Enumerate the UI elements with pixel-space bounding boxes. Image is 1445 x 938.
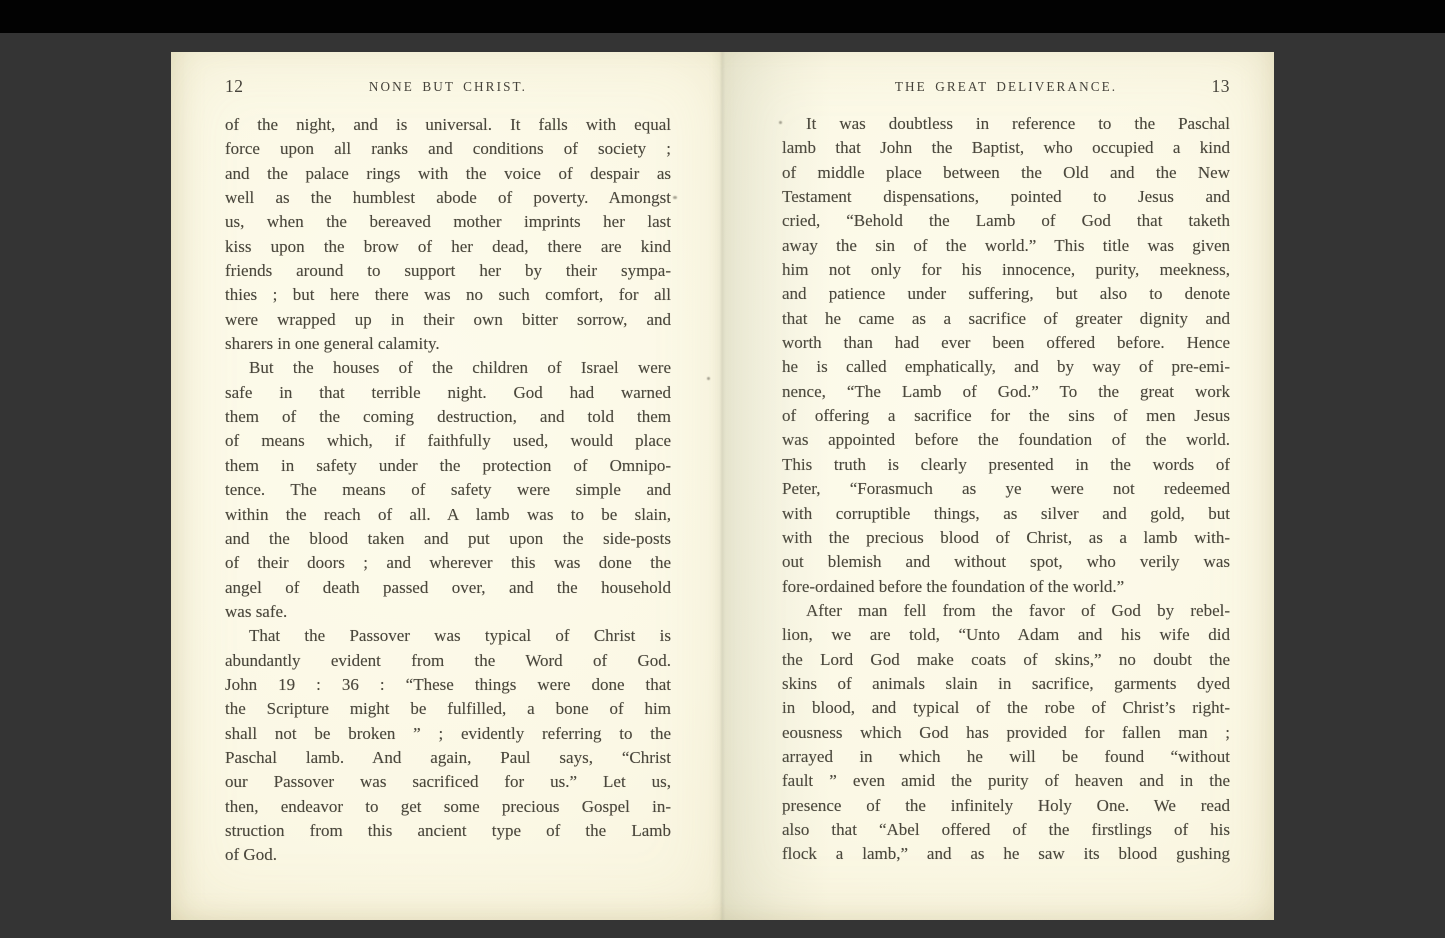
text-line: with corruptible things, as silver and g…	[782, 502, 1230, 526]
text-line: eousness which God has provided for fall…	[782, 721, 1230, 745]
text-line: he is called emphatically, and by way of…	[782, 355, 1230, 379]
text-line: arrayed in which he will be found “witho…	[782, 745, 1230, 769]
text-line: struction from this ancient type of the …	[225, 819, 671, 843]
book-spread: 12 NONE BUT CHRIST. of the night, and is…	[171, 52, 1274, 920]
text-line: presence of the infinitely Holy One. We …	[782, 794, 1230, 818]
text-line: After man fell from the favor of God by …	[782, 599, 1230, 623]
text-line: cried, “Behold the Lamb of God that take…	[782, 209, 1230, 233]
text-line: was appointed before the foundation of t…	[782, 428, 1230, 452]
text-line: of God.	[225, 843, 671, 867]
text-line: then, endeavor to get some precious Gosp…	[225, 795, 671, 819]
text-line: them of the coming destruction, and told…	[225, 405, 671, 429]
text-line: skins of animals slain in sacrifice, gar…	[782, 672, 1230, 696]
text-line: us, when the bereaved mother imprints he…	[225, 210, 671, 234]
text-line: out blemish and without spot, who verily…	[782, 550, 1230, 574]
page-number-right: 13	[1212, 75, 1231, 97]
text-line: abundantly evident from the Word of God.	[225, 649, 671, 673]
top-black-bar	[0, 0, 1445, 33]
text-line: lamb that John the Baptist, who occupied…	[782, 136, 1230, 160]
reader-background: { "colors": { "backdrop": "#343434", "to…	[0, 0, 1445, 938]
text-line: lion, we are told, “Unto Adam and his wi…	[782, 623, 1230, 647]
text-line: It was doubtless in reference to the Pas…	[782, 112, 1230, 136]
text-line: within the reach of all. A lamb was to b…	[225, 503, 671, 527]
text-line: That the Passover was typical of Christ …	[225, 624, 671, 648]
page-header-left: 12 NONE BUT CHRIST.	[225, 75, 671, 97]
text-line: But the houses of the children of Israel…	[225, 356, 671, 380]
text-line: him not only for his innocence, purity, …	[782, 258, 1230, 282]
page-header-right: THE GREAT DELIVERANCE. 13	[782, 75, 1230, 97]
text-line: nence, “The Lamb of God.” To the great w…	[782, 380, 1230, 404]
text-line: were wrapped up in their own bitter sorr…	[225, 308, 671, 332]
text-line: Peter, “Forasmuch as ye were not redeeme…	[782, 477, 1230, 501]
text-line: the Scripture might be fulfilled, a bone…	[225, 697, 671, 721]
text-line: of the night, and is universal. It falls…	[225, 113, 671, 137]
text-line: safe in that terrible night. God had war…	[225, 381, 671, 405]
text-line: with the precious blood of Christ, as a …	[782, 526, 1230, 550]
text-line: kiss upon the brow of her dead, there ar…	[225, 235, 671, 259]
text-line: of their doors ; and wherever this was d…	[225, 551, 671, 575]
text-line: away the sin of the world.” This title w…	[782, 234, 1230, 258]
text-line: force upon all ranks and conditions of s…	[225, 137, 671, 161]
text-line: sharers in one general calamity.	[225, 332, 671, 356]
text-line: This truth is clearly presented in the w…	[782, 453, 1230, 477]
text-line: and the palace rings with the voice of d…	[225, 162, 671, 186]
text-line: of middle place between the Old and the …	[782, 161, 1230, 185]
text-line: Testament dispensations, pointed to Jesu…	[782, 185, 1230, 209]
text-line: our Passover was sacrificed for us.” Let…	[225, 770, 671, 794]
text-line: friends around to support her by their s…	[225, 259, 671, 283]
text-line: of offering a sacrifice for the sins of …	[782, 404, 1230, 428]
text-line: the Lord God make coats of skins,” no do…	[782, 648, 1230, 672]
text-line: fault ” even amid the purity of heaven a…	[782, 769, 1230, 793]
scan-speck	[779, 121, 782, 124]
text-line: John 19 : 36 : “These things were done t…	[225, 673, 671, 697]
text-line: was safe.	[225, 600, 671, 624]
text-line: of means which, if faithfully used, woul…	[225, 429, 671, 453]
text-line: and the blood taken and put upon the sid…	[225, 527, 671, 551]
text-line: thies ; but here there was no such comfo…	[225, 283, 671, 307]
text-line: also that “Abel offered of the firstling…	[782, 818, 1230, 842]
book-page-right: THE GREAT DELIVERANCE. 13 It was doubtle…	[722, 52, 1274, 920]
text-line: and patience under suffering, but also t…	[782, 282, 1230, 306]
text-line: tence. The means of safety were simple a…	[225, 478, 671, 502]
scan-speck	[673, 196, 677, 199]
text-line: that he came as a sacrifice of greater d…	[782, 307, 1230, 331]
text-line: them in safety under the protection of O…	[225, 454, 671, 478]
text-line: well as the humblest abode of poverty. A…	[225, 186, 671, 210]
running-header-right: THE GREAT DELIVERANCE.	[782, 78, 1230, 96]
text-line: shall not be broken ” ; evidently referr…	[225, 722, 671, 746]
text-line: Paschal lamb. And again, Paul says, “Chr…	[225, 746, 671, 770]
book-page-left: 12 NONE BUT CHRIST. of the night, and is…	[171, 52, 722, 920]
running-header-left: NONE BUT CHRIST.	[225, 78, 671, 96]
text-line: worth than had ever been offered before.…	[782, 331, 1230, 355]
text-line: fore-ordained before the foundation of t…	[782, 575, 1230, 599]
text-line: flock a lamb,” and as he saw its blood g…	[782, 842, 1230, 866]
page-text-left: of the night, and is universal. It falls…	[225, 113, 671, 868]
text-line: in blood, and typical of the robe of Chr…	[782, 696, 1230, 720]
text-line: angel of death passed over, and the hous…	[225, 576, 671, 600]
page-text-right: It was doubtless in reference to the Pas…	[782, 112, 1230, 867]
scan-speck	[707, 377, 710, 380]
